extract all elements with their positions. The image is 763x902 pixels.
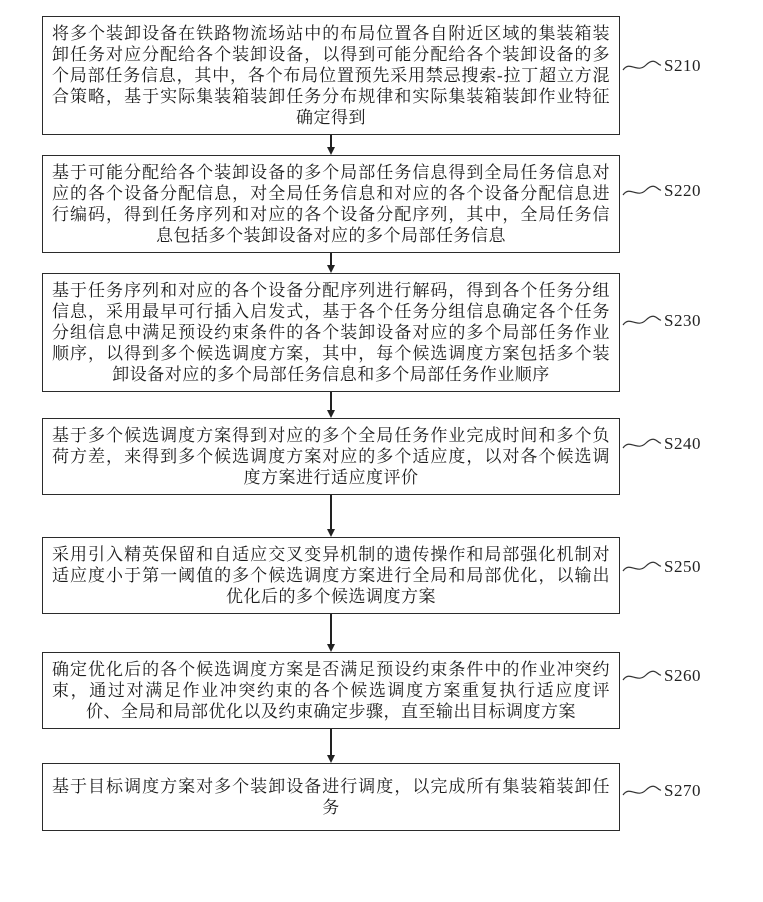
flow-step-7: 基于目标调度方案对多个装卸设备进行调度，以完成所有集装箱装卸任务 S270 [42, 763, 620, 831]
down-arrow-icon [42, 614, 620, 652]
step-id: S240 [664, 434, 701, 454]
flow-step-4: 基于多个候选调度方案得到对应的多个全局任务作业完成时间和多个负荷方差，来得到多个… [42, 418, 620, 495]
step-box: 基于任务序列和对应的各个设备分配序列进行解码，得到各个任务分组信息，采用最早可行… [42, 273, 620, 392]
step-box: 采用引入精英保留和自适应交叉变异机制的遗传操作和局部强化机制对适应度小于第一阈值… [42, 537, 620, 614]
flowchart-canvas: 将多个装卸设备在铁路物流场站中的布局位置各自附近区域的集装箱装卸任务对应分配给各… [0, 0, 763, 902]
step-text: 基于可能分配给各个装卸设备的多个局部任务信息得到全局任务信息对应的各个设备分配信… [52, 163, 610, 245]
down-arrow-icon [42, 135, 620, 155]
step-text: 基于任务序列和对应的各个设备分配序列进行解码，得到各个任务分组信息，采用最早可行… [52, 281, 610, 384]
leader-curve-icon [622, 57, 662, 75]
step-text: 将多个装卸设备在铁路物流场站中的布局位置各自附近区域的集装箱装卸任务对应分配给各… [52, 24, 610, 127]
step-id: S210 [664, 56, 701, 76]
step-box: 将多个装卸设备在铁路物流场站中的布局位置各自附近区域的集装箱装卸任务对应分配给各… [42, 16, 620, 135]
step-box: 确定优化后的各个候选调度方案是否满足预设约束条件中的作业冲突约束，通过对满足作业… [42, 652, 620, 729]
step-box: 基于目标调度方案对多个装卸设备进行调度，以完成所有集装箱装卸任务 [42, 763, 620, 831]
step-label-group: S270 [622, 781, 701, 801]
leader-curve-icon [622, 667, 662, 685]
step-id: S250 [664, 557, 701, 577]
step-box: 基于多个候选调度方案得到对应的多个全局任务作业完成时间和多个负荷方差，来得到多个… [42, 418, 620, 495]
down-arrow-icon [42, 253, 620, 273]
step-label-group: S220 [622, 181, 701, 201]
leader-curve-icon [622, 182, 662, 200]
step-label-group: S210 [622, 56, 701, 76]
flow-step-1: 将多个装卸设备在铁路物流场站中的布局位置各自附近区域的集装箱装卸任务对应分配给各… [42, 16, 620, 135]
leader-curve-icon [622, 435, 662, 453]
step-label-group: S250 [622, 557, 701, 577]
step-id: S260 [664, 666, 701, 686]
step-id: S230 [664, 311, 701, 331]
flow-step-5: 采用引入精英保留和自适应交叉变异机制的遗传操作和局部强化机制对适应度小于第一阈值… [42, 537, 620, 614]
step-text: 确定优化后的各个候选调度方案是否满足预设约束条件中的作业冲突约束，通过对满足作业… [52, 660, 610, 721]
flow-step-3: 基于任务序列和对应的各个设备分配序列进行解码，得到各个任务分组信息，采用最早可行… [42, 273, 620, 392]
step-text: 基于多个候选调度方案得到对应的多个全局任务作业完成时间和多个负荷方差，来得到多个… [52, 426, 610, 487]
flow-step-2: 基于可能分配给各个装卸设备的多个局部任务信息得到全局任务信息对应的各个设备分配信… [42, 155, 620, 253]
step-id: S270 [664, 781, 701, 801]
step-text: 采用引入精英保留和自适应交叉变异机制的遗传操作和局部强化机制对适应度小于第一阈值… [52, 545, 610, 606]
leader-curve-icon [622, 558, 662, 576]
step-label-group: S240 [622, 434, 701, 454]
down-arrow-icon [42, 729, 620, 763]
leader-curve-icon [622, 312, 662, 330]
step-label-group: S260 [622, 666, 701, 686]
step-box: 基于可能分配给各个装卸设备的多个局部任务信息得到全局任务信息对应的各个设备分配信… [42, 155, 620, 253]
step-id: S220 [664, 181, 701, 201]
down-arrow-icon [42, 495, 620, 537]
step-label-group: S230 [622, 311, 701, 331]
flow-step-6: 确定优化后的各个候选调度方案是否满足预设约束条件中的作业冲突约束，通过对满足作业… [42, 652, 620, 729]
down-arrow-icon [42, 392, 620, 418]
step-text: 基于目标调度方案对多个装卸设备进行调度，以完成所有集装箱装卸任务 [52, 777, 610, 817]
leader-curve-icon [622, 782, 662, 800]
